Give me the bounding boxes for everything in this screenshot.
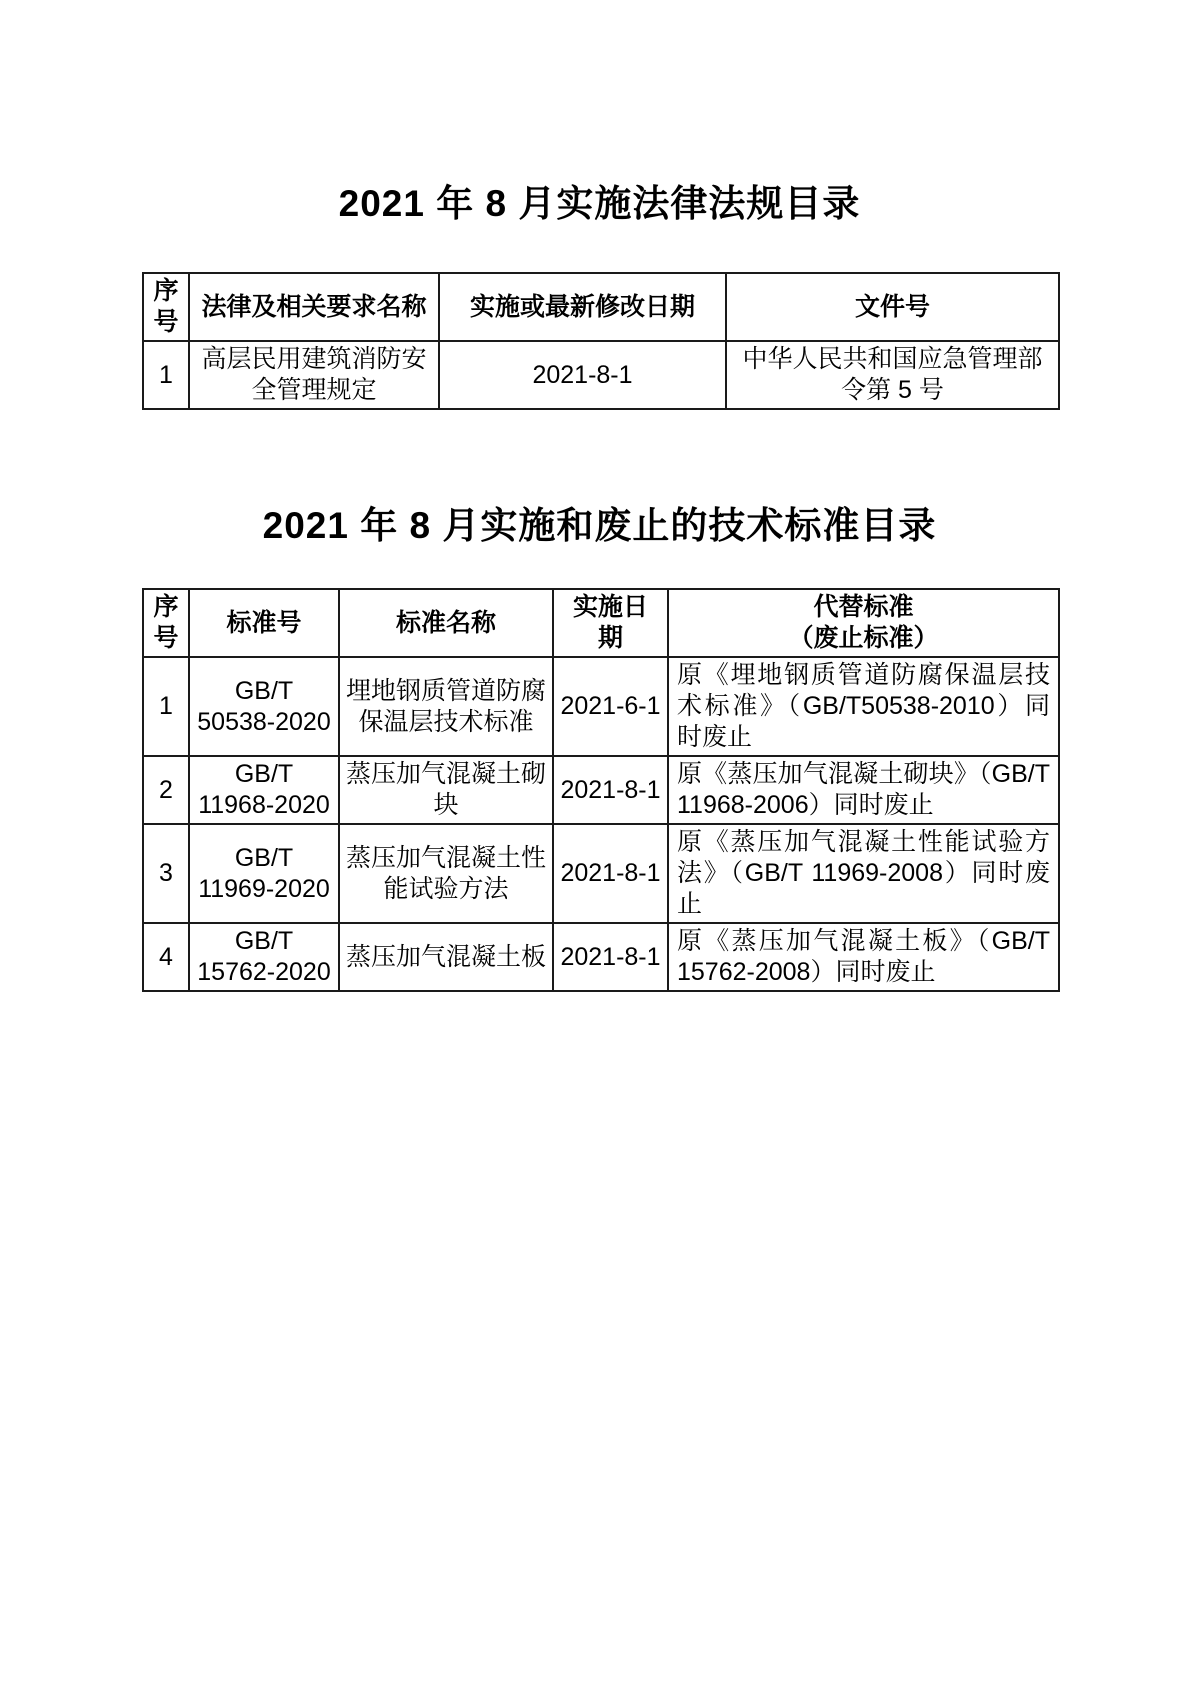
- law-table: 序 号 法律及相关要求名称 实施或最新修改日期 文件号 1 高层民用建筑消防安全…: [142, 272, 1060, 410]
- cell-standard-no: GB/T 50538-2020: [189, 657, 339, 756]
- cell-seq: 3: [143, 824, 189, 923]
- law-catalog-title: 2021 年 8 月实施法律法规目录: [0, 182, 1199, 226]
- standards-table: 序 号 标准号 标准名称 实施日 期 代替标准 （废止标准） 1 GB/T 50…: [142, 588, 1060, 992]
- col-header-standard-name: 标准名称: [339, 589, 553, 657]
- cell-seq: 2: [143, 756, 189, 824]
- cell-law-name: 高层民用建筑消防安全管理规定: [189, 341, 439, 409]
- col-header-doc-no: 文件号: [726, 273, 1059, 341]
- cell-seq: 4: [143, 923, 189, 991]
- col-header-impl-date: 实施日 期: [553, 589, 668, 657]
- col-header-seq: 序 号: [143, 589, 189, 657]
- cell-standard-name: 蒸压加气混凝土性能试验方法: [339, 824, 553, 923]
- document-page: 2021 年 8 月实施法律法规目录 序 号 法律及相关要求名称 实施或最新修改…: [0, 0, 1199, 1696]
- cell-standard-no: GB/T 11969-2020: [189, 824, 339, 923]
- cell-impl-date: 2021-8-1: [439, 341, 726, 409]
- table-row: 4 GB/T 15762-2020 蒸压加气混凝土板 2021-8-1 原《蒸压…: [143, 923, 1059, 991]
- cell-replacement: 原《蒸压加气混凝土板》（GB/T 15762-2008）同时废止: [668, 923, 1059, 991]
- table-row: 1 GB/T 50538-2020 埋地钢质管道防腐保温层技术标准 2021-6…: [143, 657, 1059, 756]
- cell-impl-date: 2021-8-1: [553, 923, 668, 991]
- cell-impl-date: 2021-8-1: [553, 824, 668, 923]
- cell-replacement: 原《埋地钢质管道防腐保温层技术标准》（GB/T50538-2010）同时废止: [668, 657, 1059, 756]
- cell-impl-date: 2021-8-1: [553, 756, 668, 824]
- cell-standard-no: GB/T 15762-2020: [189, 923, 339, 991]
- cell-replacement: 原《蒸压加气混凝土砌块》（GB/T 11968-2006）同时废止: [668, 756, 1059, 824]
- col-header-seq: 序 号: [143, 273, 189, 341]
- standards-table-header-row: 序 号 标准号 标准名称 实施日 期 代替标准 （废止标准）: [143, 589, 1059, 657]
- col-header-law-name: 法律及相关要求名称: [189, 273, 439, 341]
- col-header-impl-date: 实施或最新修改日期: [439, 273, 726, 341]
- cell-seq: 1: [143, 657, 189, 756]
- table-row: 2 GB/T 11968-2020 蒸压加气混凝土砌块 2021-8-1 原《蒸…: [143, 756, 1059, 824]
- cell-seq: 1: [143, 341, 189, 409]
- cell-standard-no: GB/T 11968-2020: [189, 756, 339, 824]
- cell-doc-no: 中华人民共和国应急管理部令第 5 号: [726, 341, 1059, 409]
- law-table-header-row: 序 号 法律及相关要求名称 实施或最新修改日期 文件号: [143, 273, 1059, 341]
- table-row: 1 高层民用建筑消防安全管理规定 2021-8-1 中华人民共和国应急管理部令第…: [143, 341, 1059, 409]
- standards-catalog-title: 2021 年 8 月实施和废止的技术标准目录: [0, 504, 1199, 548]
- cell-standard-name: 蒸压加气混凝土砌块: [339, 756, 553, 824]
- cell-impl-date: 2021-6-1: [553, 657, 668, 756]
- cell-standard-name: 蒸压加气混凝土板: [339, 923, 553, 991]
- cell-standard-name: 埋地钢质管道防腐保温层技术标准: [339, 657, 553, 756]
- col-header-replacement: 代替标准 （废止标准）: [668, 589, 1059, 657]
- cell-replacement: 原《蒸压加气混凝土性能试验方法》（GB/T 11969-2008）同时废止: [668, 824, 1059, 923]
- table-row: 3 GB/T 11969-2020 蒸压加气混凝土性能试验方法 2021-8-1…: [143, 824, 1059, 923]
- col-header-standard-no: 标准号: [189, 589, 339, 657]
